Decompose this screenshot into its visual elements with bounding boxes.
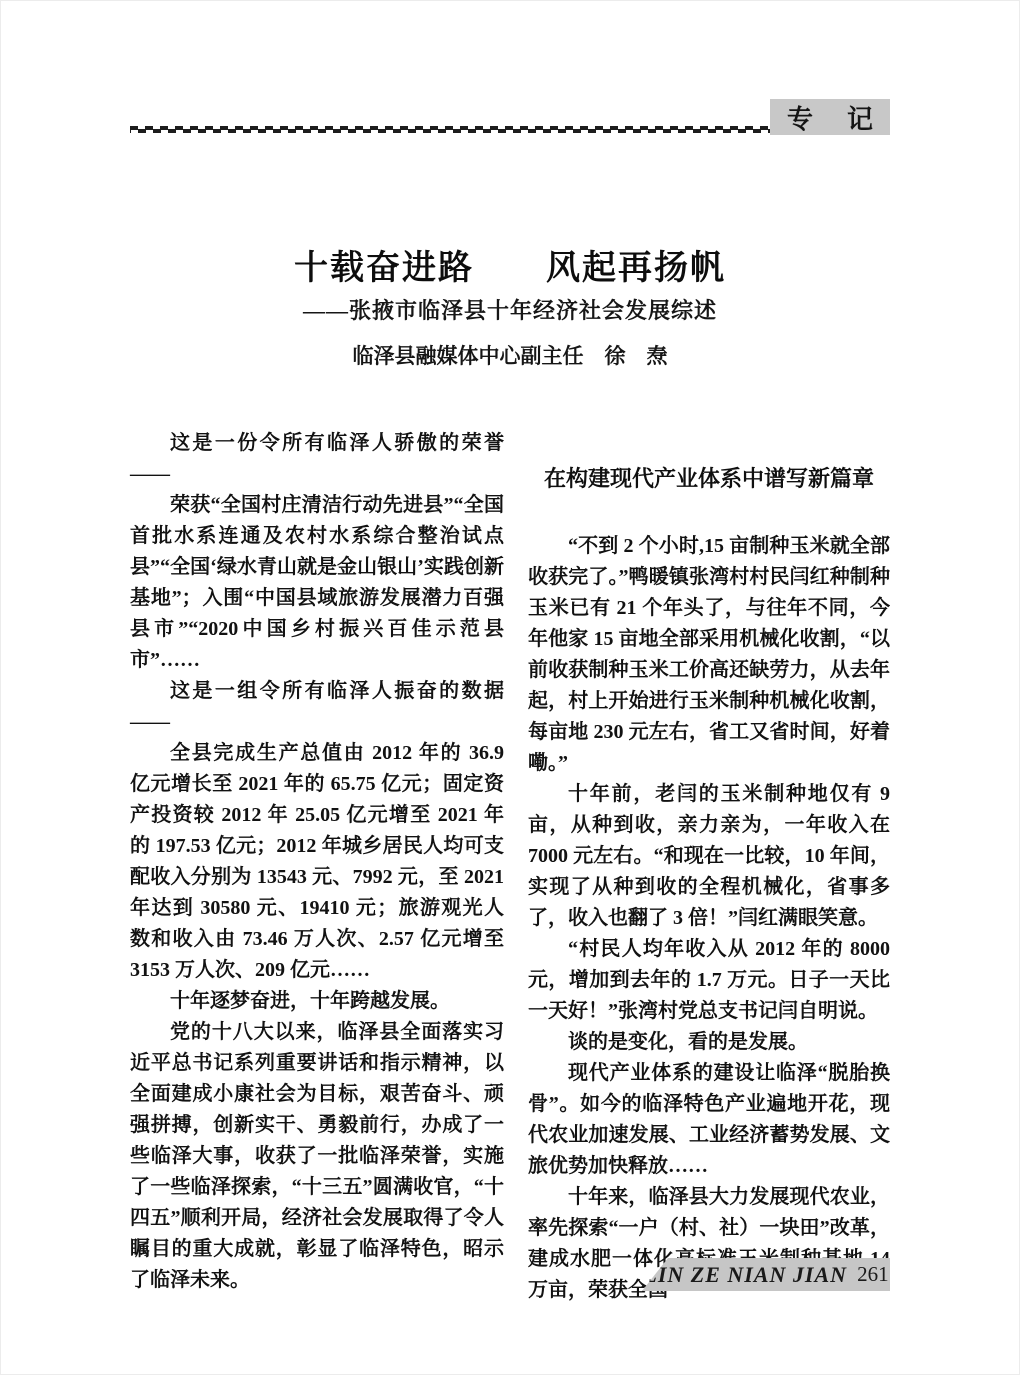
paragraph: 党的十八大以来，临泽县全面落实习近平总书记系列重要讲话和指示精神，以全面建成小康… <box>130 1017 504 1296</box>
article-subtitle: ——张掖市临泽县十年经济社会发展综述 <box>130 294 890 325</box>
paragraph: “不到 2 个小时,15 亩制种玉米就全部收获完了。”鸭暖镇张湾村村民闫红种制种… <box>528 531 890 779</box>
section-heading: 在构建现代产业体系中谱写新篇章 <box>528 462 890 493</box>
section-tag-box: 专 记 <box>770 99 890 135</box>
paragraph: 荣获“全国村庄清洁行动先进县”“全国首批水系连通及农村水系综合整治试点县”“全国… <box>130 490 504 676</box>
article-title: 十载奋进路 风起再扬帆 <box>130 240 890 289</box>
paragraph: 现代产业体系的建设让临泽“脱胎换骨”。如今的临泽特色产业遍地开花，现代农业加速发… <box>528 1058 890 1182</box>
paragraph: 十年前，老闫的玉米制种地仅有 9 亩，从种到收，亲力亲为，一年收入在 7000 … <box>528 779 890 934</box>
article-body: 这是一份令所有临泽人骄傲的荣誉——荣获“全国村庄清洁行动先进县”“全国首批水系连… <box>130 428 890 1306</box>
page-number: 261 <box>857 1262 889 1287</box>
paragraph: 这是一份令所有临泽人骄傲的荣誉—— <box>130 428 504 490</box>
right-column-paragraphs: “不到 2 个小时,15 亩制种玉米就全部收获完了。”鸭暖镇张湾村村民闫红种制种… <box>528 531 890 1306</box>
paragraph: “村民人均年收入从 2012 年的 8000 元，增加到去年的 1.7 万元。日… <box>528 934 890 1027</box>
paragraph: 谈的是变化，看的是发展。 <box>528 1027 890 1058</box>
journal-name: LIN ZE NIAN JIAN <box>643 1262 847 1288</box>
section-tag-char-2: 记 <box>847 99 873 136</box>
left-column: 这是一份令所有临泽人骄傲的荣誉——荣获“全国村庄清洁行动先进县”“全国首批水系连… <box>130 428 504 1306</box>
right-column: 在构建现代产业体系中谱写新篇章 “不到 2 个小时,15 亩制种玉米就全部收获完… <box>528 428 890 1306</box>
paragraph: 这是一组令所有临泽人振奋的数据—— <box>130 676 504 738</box>
page-footer-banner: LIN ZE NIAN JIAN 261 <box>642 1258 890 1291</box>
paragraph: 十年逐梦奋进，十年跨越发展。 <box>130 986 504 1017</box>
yearbook-page: 专 记 十载奋进路 风起再扬帆 ——张掖市临泽县十年经济社会发展综述 临泽县融媒… <box>0 0 1020 1375</box>
header-squiggle-rule <box>130 126 772 133</box>
article-author: 临泽县融媒体中心副主任 徐 焘 <box>130 340 890 370</box>
paragraph: 全县完成生产总值由 2012 年的 36.9 亿元增长至 2021 年的 65.… <box>130 738 504 986</box>
section-tag-char-1: 专 <box>787 99 813 136</box>
